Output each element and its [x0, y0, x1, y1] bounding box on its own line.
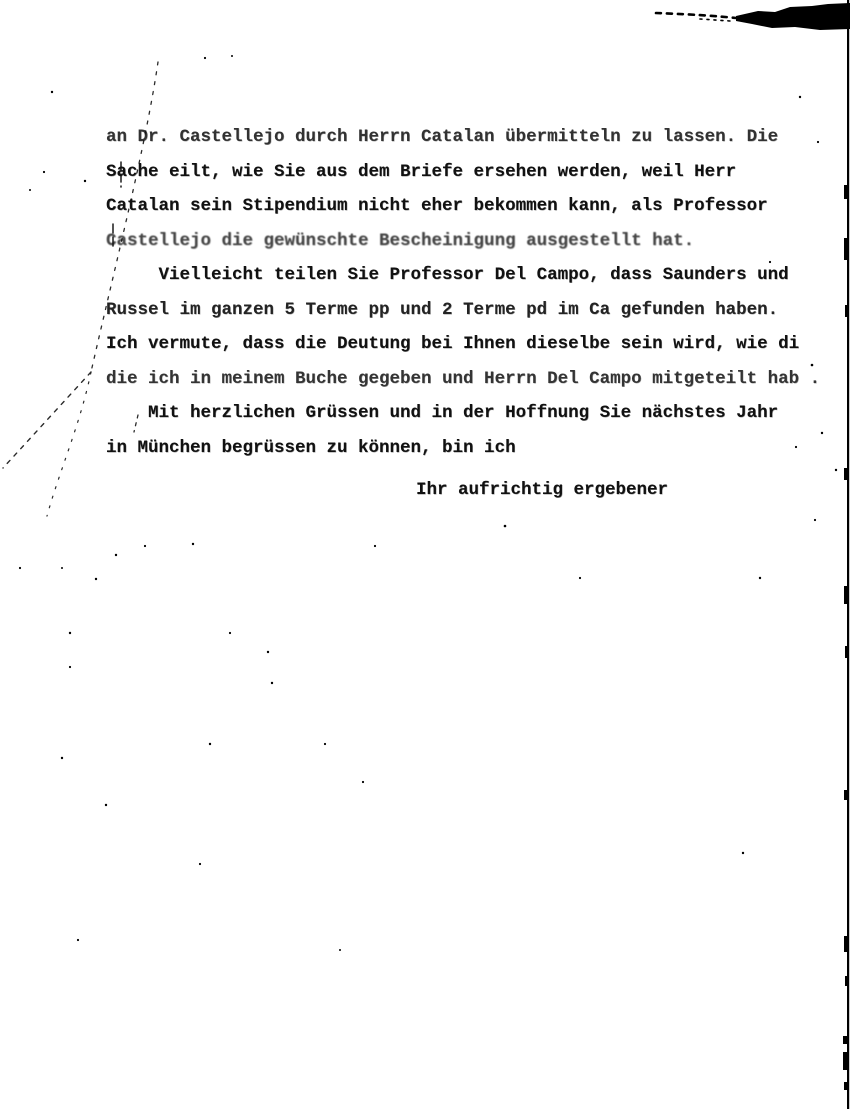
letter-line: Vielleicht teilen Sie Professor Del Camp…	[106, 258, 826, 293]
letter-line: Catalan sein Stipendium nicht eher bekom…	[106, 189, 826, 224]
letter-line: Castellejo die gewünschte Bescheinigung …	[106, 224, 826, 259]
letter-line: die ich in meinem Buche gegeben und Herr…	[106, 362, 826, 397]
letter-line: an Dr. Castellejo durch Herrn Catalan üb…	[106, 120, 826, 155]
letter-line: in München begrüssen zu können, bin ich	[106, 431, 826, 466]
letter-closing: Ihr aufrichtig ergebener	[416, 478, 668, 502]
letter-line: Mit herzlichen Grüssen und in der Hoffnu…	[106, 396, 826, 431]
scanner-edge-line	[843, 0, 849, 1109]
letter-line: Sache eilt, wie Sie aus dem Briefe erseh…	[106, 155, 826, 190]
letter-body: an Dr. Castellejo durch Herrn Catalan üb…	[106, 120, 826, 465]
scanned-letter-page: an Dr. Castellejo durch Herrn Catalan üb…	[0, 0, 850, 1109]
letter-line: Russel im ganzen 5 Terme pp und 2 Terme …	[106, 293, 826, 328]
ink-smudge	[656, 3, 850, 30]
letter-line: Ich vermute, dass die Deutung bei Ihnen …	[106, 327, 826, 362]
